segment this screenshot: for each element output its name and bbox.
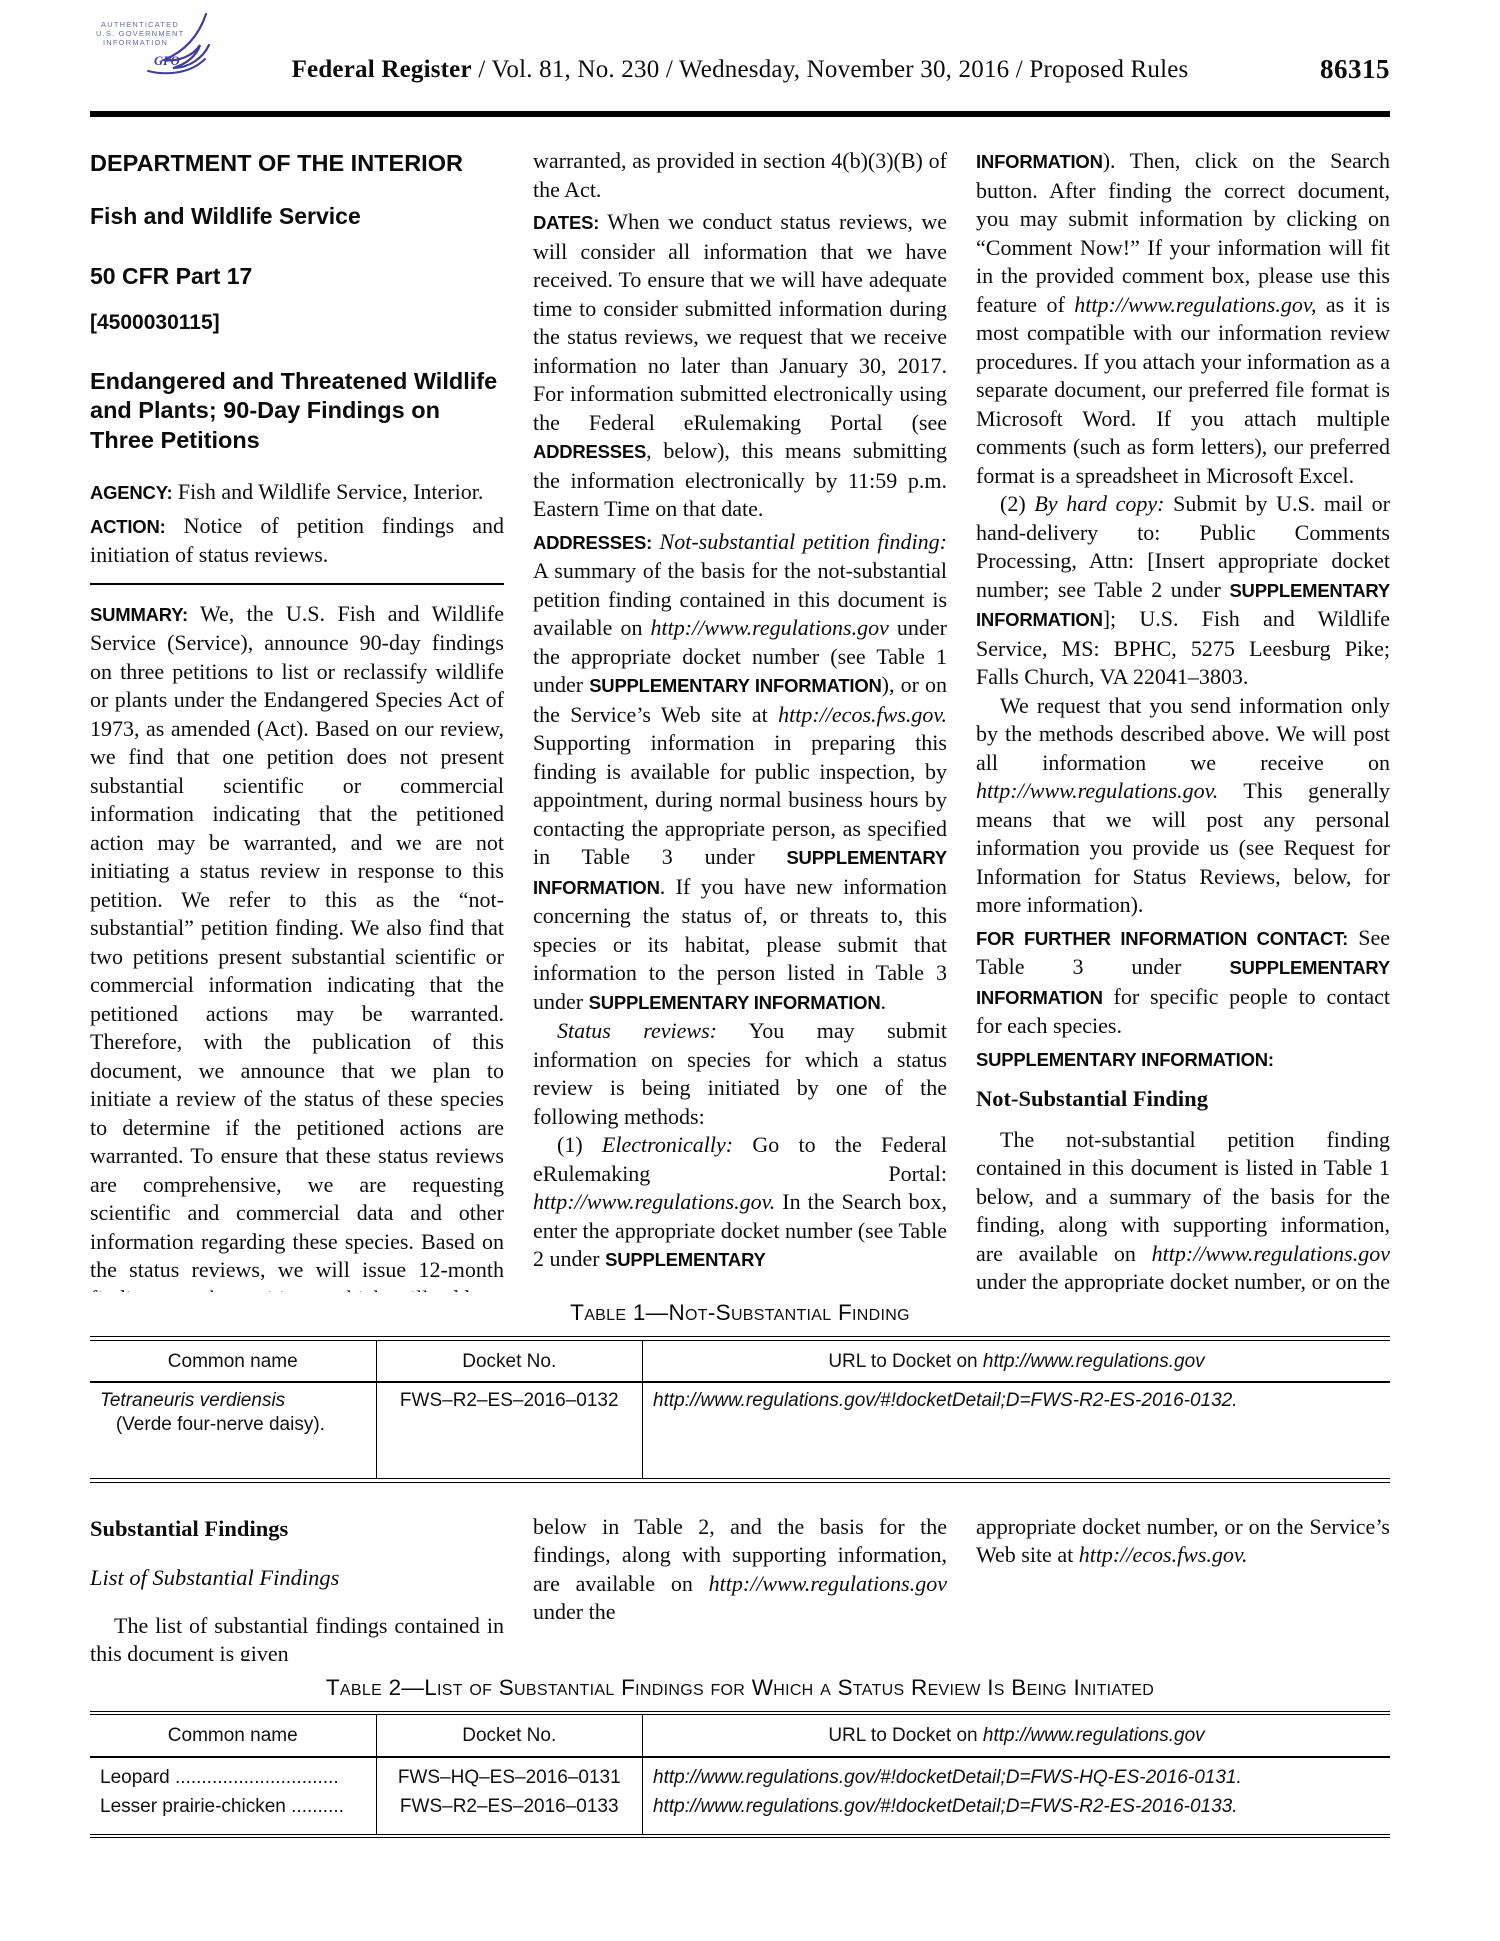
action-line: ACTION: Notice of petition findings and …: [90, 512, 504, 570]
table2-cell-url: http://www.regulations.gov/#!docketDetai…: [643, 1792, 1391, 1834]
not-substantial-finding-paragraph: The not-substantial petition finding con…: [976, 1126, 1390, 1293]
page: AUTHENTICATED U.S. GOVERNMENT INFORMATIO…: [0, 0, 1500, 1941]
issue-info: / Vol. 81, No. 230 / Wednesday, November…: [472, 56, 1189, 83]
electronically-paragraph: (1) Electronically: Go to the Federal eR…: [533, 1131, 947, 1275]
table2-header-row: Common name Docket No. URL to Docket on …: [90, 1715, 1390, 1757]
column-1: DEPARTMENT OF THE INTERIOR Fish and Wild…: [90, 147, 504, 1292]
logo-text-information: INFORMATION: [103, 38, 168, 47]
masthead: Federal Register / Vol. 81, No. 230 / We…: [90, 56, 1390, 84]
table1-cell-common-name: Tetraneuris verdiensis (Verde four-nerve…: [90, 1382, 376, 1479]
information-continued-paragraph: INFORMATION). Then, click on the Search …: [976, 147, 1390, 490]
table2-header-docket-no: Docket No.: [376, 1715, 643, 1757]
methods-paragraph: We request that you send information onl…: [976, 692, 1390, 920]
list-of-substantial-findings-subheading: List of Substantial Findings: [90, 1564, 504, 1593]
table2-caption: Table 2—List of Substantial Findings for…: [90, 1675, 1390, 1701]
journal-name: Federal Register: [292, 56, 472, 83]
substantial-column-2: below in Table 2, and the basis for the …: [533, 1513, 947, 1661]
warranted-continued-paragraph: warranted, as provided in section 4(b)(3…: [533, 147, 947, 204]
table2-row-leopard: Leopard ............................... …: [90, 1757, 1390, 1793]
table2-cell-docket-no: FWS–R2–ES–2016–0133: [376, 1792, 643, 1834]
table1-cell-docket-no: FWS–R2–ES–2016–0132: [376, 1382, 643, 1479]
header-rule: [90, 111, 1390, 117]
substantial-col1-paragraph: The list of substantial findings contain…: [90, 1612, 504, 1661]
table2-section: Table 2—List of Substantial Findings for…: [90, 1675, 1390, 1839]
supplementary-information-label: SUPPLEMENTARY INFORMATION:: [976, 1045, 1390, 1075]
table1-header-url: URL to Docket on http://www.regulations.…: [643, 1340, 1391, 1382]
column-3: INFORMATION). Then, click on the Search …: [976, 147, 1390, 1292]
table1-row-verde-daisy: Tetraneuris verdiensis (Verde four-nerve…: [90, 1382, 1390, 1479]
substantial-findings-section: Substantial Findings List of Substantial…: [90, 1513, 1390, 1661]
body-columns: DEPARTMENT OF THE INTERIOR Fish and Wild…: [90, 147, 1390, 1292]
further-information-contact-paragraph: FOR FURTHER INFORMATION CONTACT: See Tab…: [976, 924, 1390, 1041]
dates-paragraph: DATES: When we conduct status reviews, w…: [533, 208, 947, 524]
department-heading: DEPARTMENT OF THE INTERIOR: [90, 149, 504, 177]
table2: Common name Docket No. URL to Docket on …: [90, 1711, 1390, 1839]
substantial-column-3: appropriate docket number, or on the Ser…: [976, 1513, 1390, 1661]
docket-id: [4500030115]: [90, 309, 504, 338]
substantial-column-1: Substantial Findings List of Substantial…: [90, 1513, 504, 1661]
page-number: 86315: [1320, 54, 1390, 85]
table2-header-url: URL to Docket on http://www.regulations.…: [643, 1715, 1391, 1757]
agency-line: AGENCY: Fish and Wildlife Service, Inter…: [90, 478, 504, 508]
table2-header-common-name: Common name: [90, 1715, 376, 1757]
logo-text-authenticated: AUTHENTICATED: [101, 20, 179, 29]
table1-caption: Table 1—Not-Substantial Finding: [90, 1300, 1390, 1326]
hard-copy-paragraph: (2) By hard copy: Submit by U.S. mail or…: [976, 490, 1390, 692]
substantial-col2-paragraph: below in Table 2, and the basis for the …: [533, 1513, 947, 1627]
logo-text-us-government: U.S. GOVERNMENT: [96, 29, 184, 38]
status-reviews-paragraph: Status reviews: You may submit informati…: [533, 1017, 947, 1131]
column-2: warranted, as provided in section 4(b)(3…: [533, 147, 947, 1292]
table2-cell-common-name: Leopard ...............................: [90, 1757, 376, 1793]
table1-section: Table 1—Not-Substantial Finding Common n…: [90, 1300, 1390, 1483]
page-header: AUTHENTICATED U.S. GOVERNMENT INFORMATIO…: [90, 0, 1390, 117]
summary-paragraph: SUMMARY: We, the U.S. Fish and Wildlife …: [90, 600, 504, 1293]
table1-header-docket-no: Docket No.: [376, 1340, 643, 1382]
table1-header-row: Common name Docket No. URL to Docket on …: [90, 1340, 1390, 1382]
table2-cell-common-name: Lesser prairie-chicken ..........: [90, 1792, 376, 1834]
table2-cell-url: http://www.regulations.gov/#!docketDetai…: [643, 1757, 1391, 1793]
table2-cell-docket-no: FWS–HQ–ES–2016–0131: [376, 1757, 643, 1793]
substantial-findings-heading: Substantial Findings: [90, 1515, 504, 1544]
table1-header-common-name: Common name: [90, 1340, 376, 1382]
cfr-part-heading: 50 CFR Part 17: [90, 262, 504, 291]
agency-heading: Fish and Wildlife Service: [90, 202, 504, 231]
substantial-col3-paragraph: appropriate docket number, or on the Ser…: [976, 1513, 1390, 1570]
table1-cell-url: http://www.regulations.gov/#!docketDetai…: [643, 1382, 1391, 1479]
table1: Common name Docket No. URL to Docket on …: [90, 1336, 1390, 1483]
table2-row-lesser-prairie-chicken: Lesser prairie-chicken .......... FWS–R2…: [90, 1792, 1390, 1834]
document-title: Endangered and Threatened Wildlife and P…: [90, 367, 504, 456]
addresses-paragraph: ADDRESSES: Not-substantial petition find…: [533, 528, 947, 1018]
not-substantial-finding-heading: Not-Substantial Finding: [976, 1085, 1390, 1114]
section-divider-rule: [90, 583, 504, 585]
